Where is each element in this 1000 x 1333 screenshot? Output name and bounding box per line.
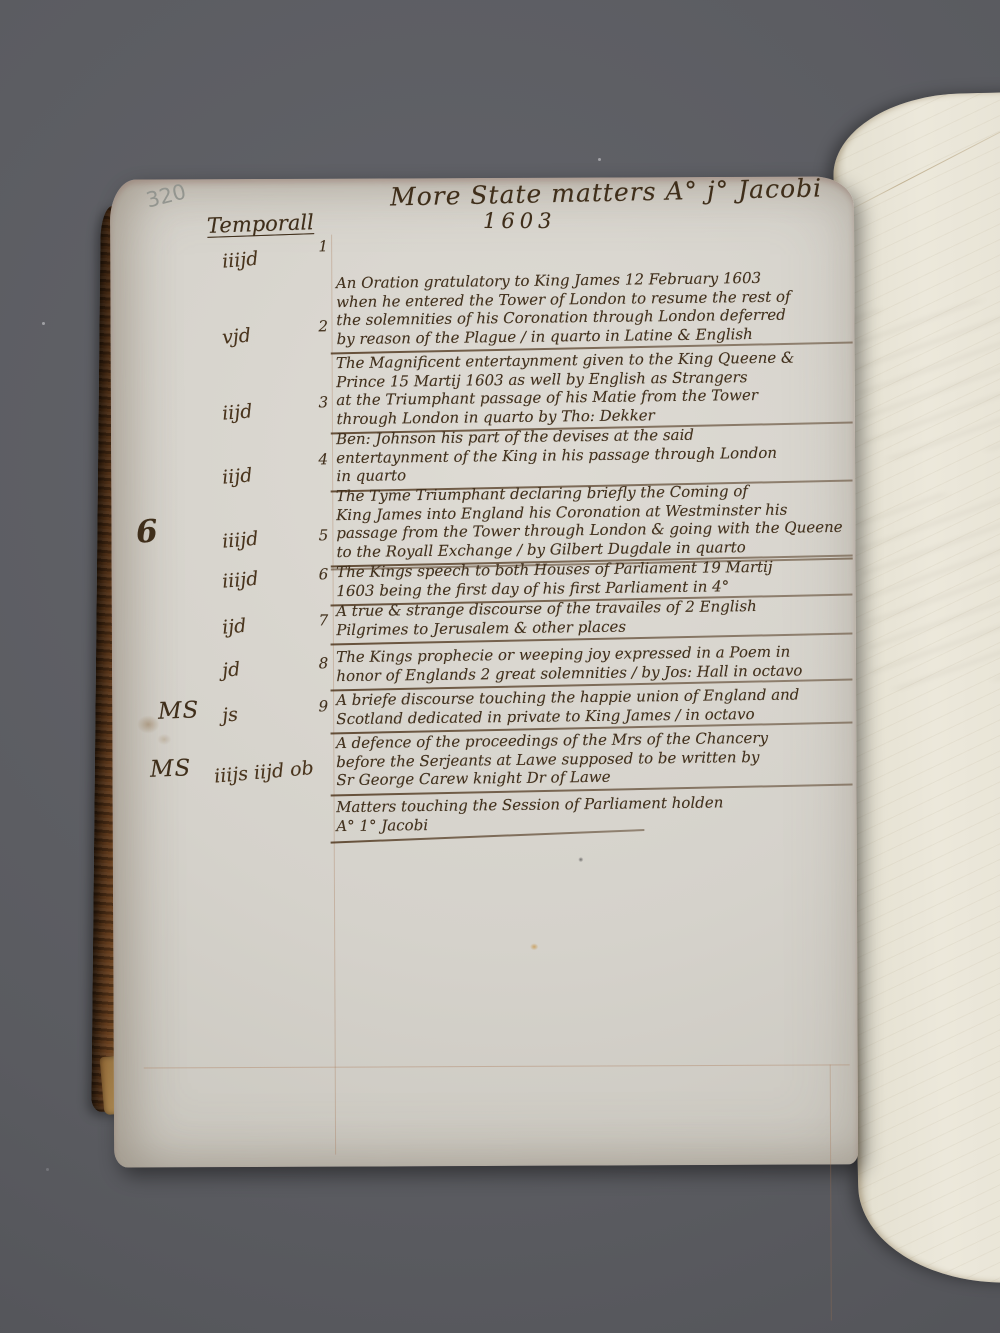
page-crease-line: [840, 109, 1000, 216]
dust-speck: [42, 322, 45, 325]
show-through-writing: [852, 296, 1000, 461]
entry-text: Matters touching the Session of Parliame…: [336, 793, 723, 834]
entry-number: 4: [318, 450, 328, 469]
ms-annotation-1: MS: [158, 697, 200, 724]
leaf-number: 6: [135, 513, 159, 550]
entry-number: 9: [318, 697, 328, 716]
entry-number: 2: [318, 317, 328, 336]
entry-number: 5: [319, 526, 329, 545]
show-through-writing: [855, 486, 1000, 691]
margin-rule-vertical-right: [830, 1064, 832, 1320]
ms-annotation-2: MS: [150, 755, 192, 782]
year-heading: 1603: [483, 209, 556, 233]
dust-speck: [46, 1168, 49, 1171]
entry-number: 7: [319, 611, 329, 630]
margin-rule-horizontal: [144, 1064, 850, 1068]
section-label: Temporall: [207, 210, 315, 238]
entry-number: 6: [319, 565, 329, 584]
catalog-entry-ms: Matters touching the Session of Parliame…: [336, 755, 851, 835]
entry-number: 3: [318, 393, 328, 412]
dust-speck: [598, 158, 601, 161]
entry-number: 1: [318, 237, 328, 256]
entry-number: 8: [319, 654, 329, 673]
photo-backdrop: 320 More State matters A° j° Jacobi 1603…: [0, 0, 1000, 1333]
